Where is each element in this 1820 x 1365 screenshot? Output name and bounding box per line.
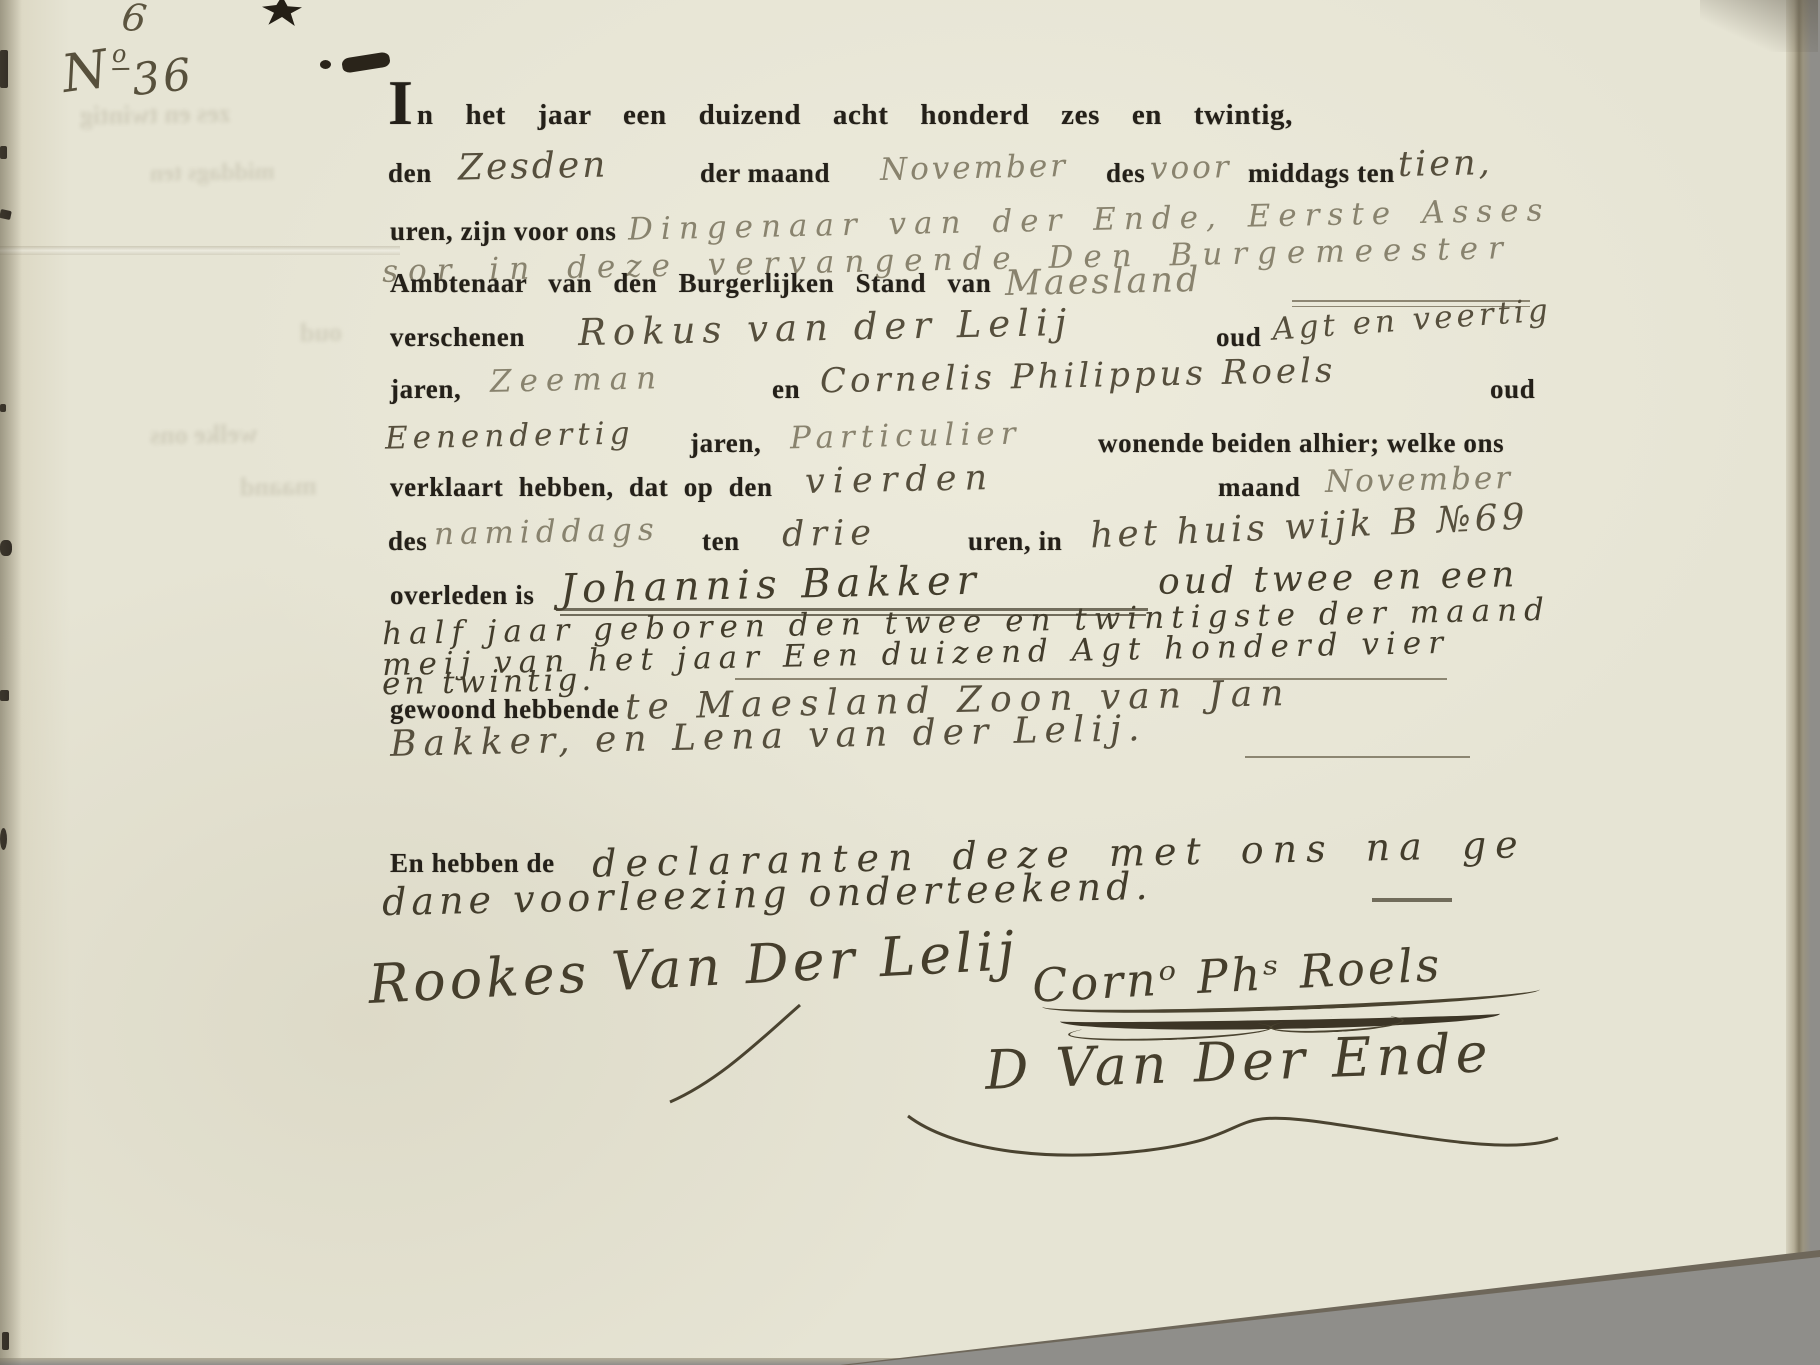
printed-text: ten: [702, 526, 740, 557]
printed-text: der maand: [700, 158, 830, 189]
printed-text: des: [1106, 158, 1145, 189]
registration-hour: tien,: [1398, 143, 1493, 185]
scanner-background-corner: [830, 1245, 1820, 1365]
ink-blot: [341, 51, 391, 73]
printed-text: den: [388, 158, 432, 189]
signature-flourish: [660, 1000, 810, 1110]
death-day: vierden: [805, 458, 996, 502]
death-certificate-scan: zes en twintig middags ten oud welke ons…: [0, 0, 1820, 1365]
handwritten-text: voor: [1150, 149, 1232, 187]
bleed-through-text: oud: [300, 318, 342, 349]
bleed-through-text: welke ons: [150, 419, 258, 451]
registration-month: November: [880, 148, 1069, 188]
page-edge-right: [1786, 0, 1820, 1365]
printed-text: wonende beiden alhier; welke ons: [1098, 428, 1504, 459]
page-number: 36: [130, 49, 197, 106]
municipality-name: Maesland: [1005, 260, 1202, 304]
binding-gutter-shadow: [0, 0, 22, 1365]
page-edge-bottom: [0, 1358, 900, 1365]
declarant2-occupation: Particulier: [790, 416, 1022, 457]
printed-text: overleden is: [390, 580, 534, 611]
printed-text: verklaart hebben, dat op den: [390, 472, 773, 503]
page-number-sup: o: [112, 40, 130, 70]
declarant1-name: Rokus van der Lelij: [578, 301, 1074, 354]
declarant1-occupation: Zeeman: [490, 360, 665, 400]
stray-digit: 6: [119, 0, 152, 42]
page-corner-shadow: [1700, 0, 1818, 52]
death-registration-day: Zesden: [458, 144, 609, 188]
death-hour: drie: [782, 513, 878, 555]
rule-line: [1245, 756, 1470, 758]
printed-text: oud: [1490, 374, 1535, 405]
ink-blot: [262, 0, 302, 26]
bleed-through-text: middags ten: [150, 159, 275, 188]
death-month: November: [1325, 460, 1514, 500]
rule-line: [1372, 898, 1452, 902]
printed-text: jaren,: [690, 428, 761, 459]
printed-text: En hebben de: [390, 848, 555, 879]
printed-text: des: [388, 526, 427, 557]
death-house-address: het huis wijk B №69: [1089, 496, 1529, 556]
declarant2-age: Eenendertig: [385, 415, 635, 456]
printed-text: middags ten: [1248, 158, 1395, 189]
printed-text: oud: [1216, 322, 1261, 353]
paper-crease: [0, 246, 400, 255]
act-opening-line: In het jaar een duizend acht honderd zes…: [388, 88, 1538, 132]
printed-text: Ambtenaar van den Burgerlijken Stand van: [390, 268, 991, 299]
printed-text: uren, zijn voor ons: [390, 216, 616, 247]
printed-text: uren, in: [968, 526, 1062, 557]
printed-text: en: [772, 374, 800, 405]
printed-text: verschenen: [390, 322, 525, 353]
ink-blot: [320, 60, 331, 69]
page-number-prefix: N: [58, 39, 112, 105]
death-daypart: namiddags: [434, 512, 660, 553]
printed-text: jaren,: [390, 374, 461, 405]
declarant2-name: Cornelis Philippus Roels: [820, 351, 1337, 402]
bleed-through-text: maand: [240, 471, 317, 502]
signature-flourish: [890, 1078, 1570, 1168]
printed-text: maand: [1218, 472, 1301, 503]
